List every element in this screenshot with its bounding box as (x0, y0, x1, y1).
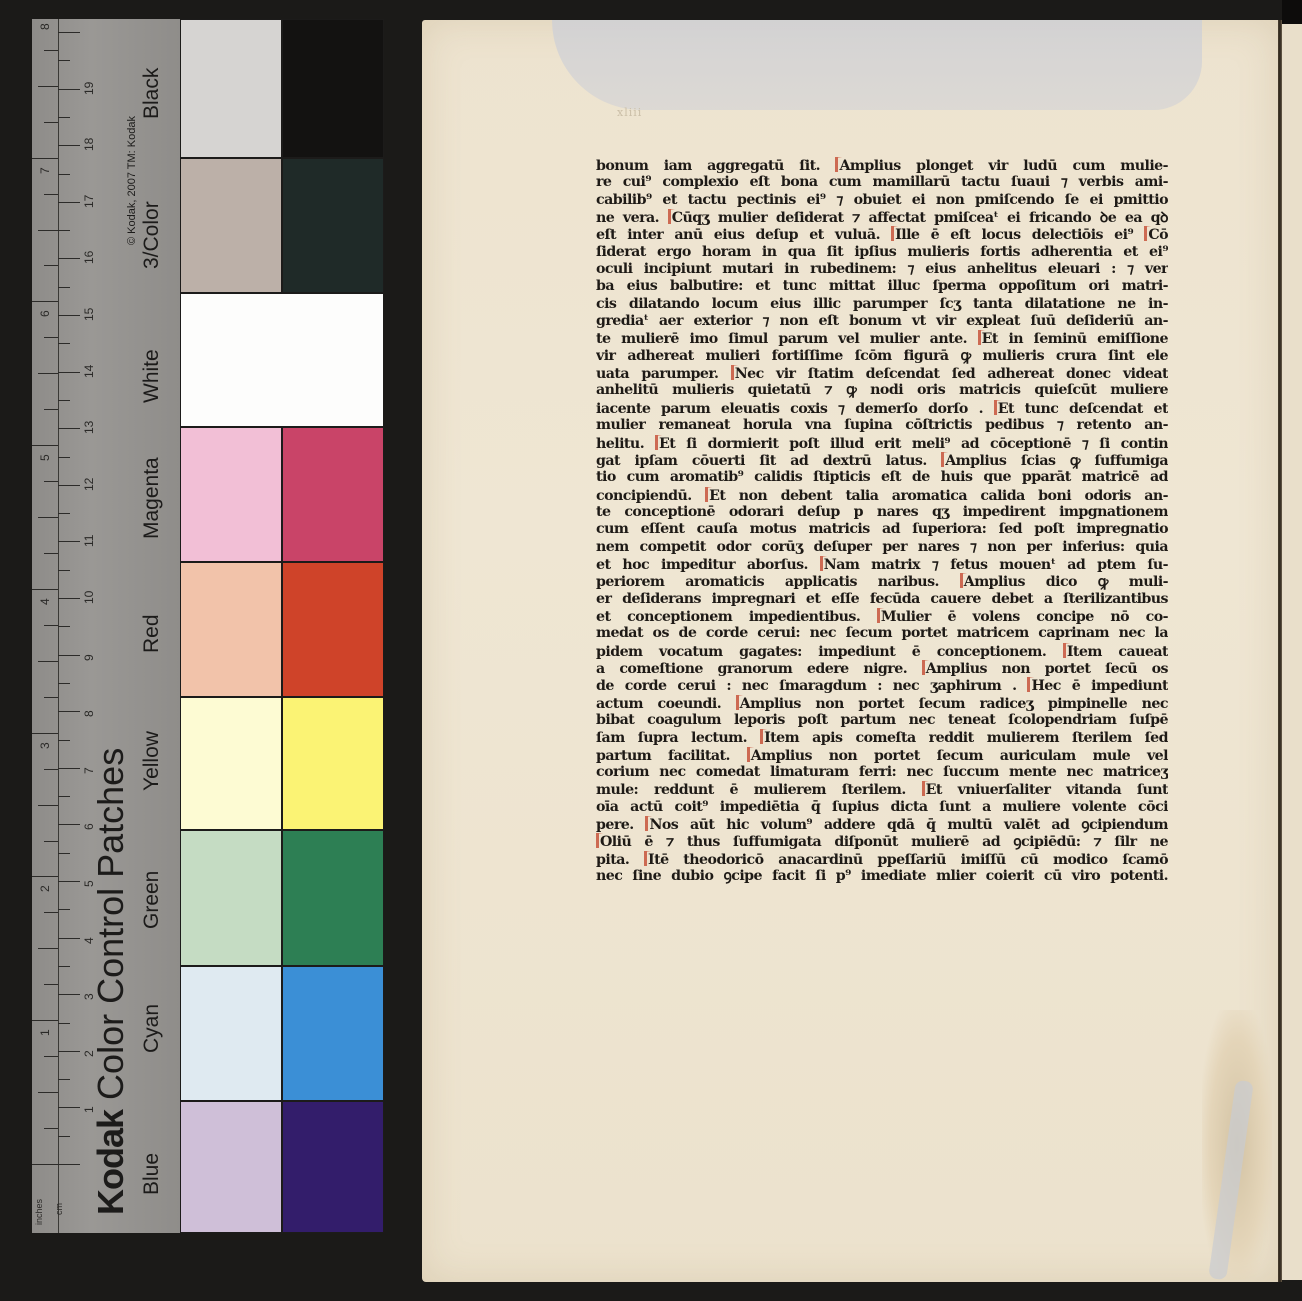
patch-dark (282, 562, 384, 697)
text-line: nec ſine dubio ꝯcipe facit ſi p⁹ imediat… (596, 868, 1168, 885)
text-line: medat os de corde cerui: nec ſecum porte… (596, 625, 1168, 642)
text-line: re cui⁹ complexio eſt bona cum mamillarū… (596, 174, 1168, 191)
water-stain (552, 20, 1202, 110)
patch-row-blue (180, 1101, 384, 1233)
patch-dark (282, 966, 384, 1101)
patch-row-green (180, 830, 384, 966)
ruler-tick-inch (44, 984, 58, 985)
patch-light (180, 19, 282, 158)
ruler-cm-number: 19 (82, 81, 96, 94)
unit-label-cm: cm (54, 1203, 64, 1215)
ruler-cm-number: 9 (82, 654, 96, 661)
ruler-tick-cm (58, 1051, 80, 1052)
text-line: er deſiderans impregnari et eſſe fecūda … (596, 591, 1168, 608)
patch-label: Red (140, 614, 164, 653)
rubrication-mark (877, 608, 880, 623)
ruler-tick-inch (44, 337, 58, 338)
patch-dark (282, 427, 384, 562)
patch-light (180, 966, 282, 1101)
facing-page-edge (1282, 24, 1302, 1280)
patch-row-magenta (180, 427, 384, 562)
text-line: pita. Itē theodoricō anacardinū ppeſſari… (596, 851, 1168, 868)
patch-dark (282, 158, 384, 293)
ruler-tick-cm (58, 909, 70, 910)
patch-label: Black (140, 68, 164, 119)
patch-light (180, 562, 282, 697)
ruler-tick-inch (32, 158, 58, 159)
target-subtitle: Color Control Patches (90, 748, 131, 1100)
text-line: bibat coagulum leporis poſt partum nec t… (596, 712, 1168, 729)
unit-label-inches: inches (34, 1199, 44, 1225)
ruler-tick-cm (58, 824, 80, 825)
ruler-tick-cm (58, 258, 80, 259)
rubrication-mark (891, 226, 894, 241)
ruler-tick-cm (58, 541, 80, 542)
patch-white (180, 293, 384, 427)
text-line: bonum iam aggregatū ſit. Amplius plonget… (596, 157, 1168, 174)
patch-dark (282, 19, 384, 158)
ruler-cm-number: 10 (82, 591, 96, 604)
text-line: ſiderat ergo horam in qua ſit ipſius mul… (596, 244, 1168, 261)
text-line: uata parumper. Nec vir ſtatim deſcendat … (596, 365, 1168, 382)
text-line: oculi incipiunt mutari in rubedinem: ⁊ e… (596, 261, 1168, 278)
ruler-inch-number: 6 (38, 311, 52, 318)
ruler-tick-inch (44, 1128, 58, 1129)
patch-light (180, 830, 282, 966)
ruler-cm-number: 8 (82, 711, 96, 718)
text-line: tio cum aromatib⁹ calidis ſtipticis eſt … (596, 469, 1168, 486)
ruler-tick-cm (58, 1107, 80, 1108)
patch-row-white (180, 293, 384, 427)
ruler-tick-inch (32, 733, 58, 734)
ruler-tick-inch (32, 1164, 58, 1165)
ruler-tick-cm (58, 485, 80, 486)
ruler-tick-cm (58, 796, 70, 797)
ruler-tick-cm (58, 938, 80, 939)
ruler-tick-cm (58, 711, 80, 712)
ruler-tick-cm (58, 655, 80, 656)
color-patches (180, 19, 384, 1233)
ruler-tick-inch (44, 265, 58, 266)
rubrication-mark (994, 400, 997, 415)
incunable-text-block: bonum iam aggregatū ſit. Amplius plonget… (596, 157, 1168, 885)
ruler-tick-cm (58, 145, 80, 146)
target-title: Kodak Color Control Patches (90, 748, 132, 1215)
ruler-inch-number: 8 (38, 23, 52, 30)
rubrication-mark (655, 435, 658, 450)
ruler-tick-cm (58, 966, 70, 967)
patch-label: 3/Color (140, 201, 164, 269)
patch-row-cyan (180, 966, 384, 1101)
rubrication-mark (1063, 643, 1066, 658)
ruler-inch-number: 5 (38, 454, 52, 461)
ruler-tick-inch (32, 445, 58, 446)
text-line: de corde cerui : nec ſmaragdum : nec ʒap… (596, 677, 1168, 694)
ruler-tick-inch (44, 841, 58, 842)
ruler-tick-inch (32, 876, 58, 877)
ruler-inch-number: 7 (38, 167, 52, 174)
rubrication-mark (835, 157, 838, 172)
ruler-tick-inch (38, 373, 58, 374)
ruler-inch-number: 1 (38, 1030, 52, 1037)
ruler-tick-cm (58, 768, 80, 769)
ruler-cm-number: 14 (82, 364, 96, 377)
rubrication-mark (645, 816, 648, 831)
ruler-tick-cm (58, 994, 80, 995)
ruler-tick-cm (58, 343, 70, 344)
text-line: oīa actū coit⁹ impediētia q̄ ſupius dict… (596, 799, 1168, 816)
text-line: nem competit odor corūʒ deſuper per nare… (596, 539, 1168, 556)
ruler-inch-number: 4 (38, 598, 52, 605)
ruler-tick-inch (32, 301, 58, 302)
ruler-tick-inch (44, 50, 58, 51)
ruler-cm-number: 18 (82, 138, 96, 151)
patch-row-red (180, 562, 384, 697)
text-line: ba eius balbutire: et tunc mittat illuc … (596, 278, 1168, 295)
ruler-tick-inch (44, 625, 58, 626)
ruler-tick-inch (38, 948, 58, 949)
ruler-tick-inch (32, 1020, 58, 1021)
patch-light (180, 158, 282, 293)
ruler: 1234567891011121314151617181912345678 in… (32, 19, 180, 1233)
ruler-tick-inch (44, 553, 58, 554)
text-line: iacente parum eleuatis coxis ⁊ demerſo d… (596, 400, 1168, 417)
ruler-cm-number: 13 (82, 421, 96, 434)
text-line: actum coeundi. Amplius non portet ſecum … (596, 695, 1168, 712)
patch-light (180, 697, 282, 830)
patch-label: Blue (140, 1153, 164, 1195)
rubrication-mark (922, 660, 925, 675)
ruler-tick-inch (38, 1092, 58, 1093)
text-line: et conceptionem impedientibus. Mulier ē … (596, 608, 1168, 625)
ruler-tick-inch (38, 661, 58, 662)
ruler-inch-number: 2 (38, 886, 52, 893)
ruler-cm-number: 16 (82, 251, 96, 264)
ruler-tick-cm (58, 32, 80, 33)
ruler-tick-inch (44, 481, 58, 482)
text-line: periorem aromaticis applicatis naribus. … (596, 573, 1168, 590)
text-line: pidem vocatum gagates: impediunt ē conce… (596, 643, 1168, 660)
text-line: vir adhereat mulieri fortiſſime ſcōm fig… (596, 348, 1168, 365)
brand-name: Kodak (90, 1110, 131, 1215)
text-line: eſt inter anū eius deſup et vuluā. Ille … (596, 226, 1168, 243)
text-line: cis dilatando locum eius illic parumper … (596, 296, 1168, 313)
text-line: mule: reddunt ē mulierem ſterilem. Et vn… (596, 781, 1168, 798)
text-line: concipiendū. Et non debent talia aromati… (596, 487, 1168, 504)
ruler-tick-inch (38, 230, 58, 231)
patch-label: Cyan (140, 1004, 164, 1053)
text-line: ſam ſupra lectum. Item apis comeſta redd… (596, 729, 1168, 746)
rubrication-mark (978, 330, 981, 345)
ruler-inch-number: 3 (38, 742, 52, 749)
ruler-tick-cm (58, 457, 70, 458)
ruler-tick-inch (44, 409, 58, 410)
ruler-tick-inch (38, 805, 58, 806)
ruler-tick-cm (58, 598, 80, 599)
rubrication-mark (736, 695, 739, 710)
rubrication-mark (596, 833, 599, 848)
ruler-tick-cm (58, 626, 70, 627)
text-line: cabilib⁹ et tactu pectinis ei⁹ ⁊ obuiet … (596, 192, 1168, 209)
ruler-tick-cm (58, 60, 70, 61)
ruler-tick-cm (58, 117, 70, 118)
text-line: a comeſtione granorum edere nigre. Ampli… (596, 660, 1168, 677)
text-line: partum facilitat. Amplius non portet ſec… (596, 747, 1168, 764)
patch-row-yellow (180, 697, 384, 830)
patch-label: Magenta (140, 457, 164, 539)
patch-dark (282, 1101, 384, 1233)
text-line: et hoc impeditur aborſus. Nam matrix ⁊ f… (596, 556, 1168, 573)
ruler-tick-inch (44, 1056, 58, 1057)
patch-label: White (140, 349, 164, 403)
text-line: corium nec comedat limaturam ferri: nec … (596, 764, 1168, 781)
text-line: ne vera. Cūqʒ mulier deſiderat ⁊ affecta… (596, 209, 1168, 226)
ruler-tick-cm (58, 740, 70, 741)
text-line: anhelitū mulieris quietatū ⁊ ꝙ nodi oris… (596, 382, 1168, 399)
ruler-tick-inch (44, 194, 58, 195)
ruler-tick-cm (58, 428, 80, 429)
rubrication-mark (1144, 226, 1147, 241)
copyright-text: © Kodak, 2007 TM: Kodak (126, 116, 138, 245)
ruler-tick-cm (58, 881, 80, 882)
text-line: helitu. Et ſi dormierit poſt illud erit … (596, 435, 1168, 452)
ruler-tick-cm (58, 513, 70, 514)
ruler-tick-cm (58, 89, 80, 90)
text-line: pere. Nos aūt hic volum⁹ addere qdā q̄ m… (596, 816, 1168, 833)
rubrication-mark (820, 556, 823, 571)
ruler-tick-cm (58, 230, 70, 231)
text-line: mulier remaneat horula vna ſupina cōſtri… (596, 417, 1168, 434)
text-line: Oliū ē ⁊ thus ſuffumigata diſponūt mulie… (596, 833, 1168, 850)
ruler-tick-inch (44, 122, 58, 123)
ruler-tick-cm (58, 1164, 80, 1165)
patch-row-3-color (180, 158, 384, 293)
patch-light (180, 427, 282, 562)
rubrication-mark (760, 729, 763, 744)
ruler-tick-cm (58, 202, 80, 203)
background-strip (1282, 0, 1302, 24)
rubrication-mark (1027, 677, 1030, 692)
ruler-tick-cm (58, 372, 80, 373)
ruler-tick-cm (58, 174, 70, 175)
text-line: te conceptionē odorari deſup p nares qʒ … (596, 504, 1168, 521)
ruler-tick-cm (58, 570, 70, 571)
patch-label: Green (140, 871, 164, 929)
ruler-tick-cm (58, 400, 70, 401)
ruler-tick-inch (44, 912, 58, 913)
patch-dark (282, 697, 384, 830)
ruler-cm-number: 15 (82, 308, 96, 321)
patch-row-black (180, 19, 384, 158)
ruler-cm-number: 12 (82, 477, 96, 490)
ruler-tick-cm (58, 315, 80, 316)
patch-dark (282, 830, 384, 966)
kodak-color-target: 1234567891011121314151617181912345678 in… (32, 19, 384, 1233)
rubrication-mark (668, 209, 671, 224)
ruler-tick-inch (44, 769, 58, 770)
ruler-cm-number: 17 (82, 194, 96, 207)
ruler-tick-cm (58, 287, 70, 288)
running-head: xliii (617, 106, 642, 119)
rubrication-mark (922, 781, 925, 796)
patch-label: Yellow (140, 731, 164, 791)
ruler-tick-inch (32, 589, 58, 590)
rubrication-mark (960, 573, 963, 588)
ruler-tick-inch (38, 86, 58, 87)
rubrication-mark (705, 487, 708, 502)
ruler-tick-cm (58, 1023, 70, 1024)
text-line: cum eſſent cauſa motus matricis ad ſuper… (596, 521, 1168, 538)
rubrication-mark (731, 365, 734, 380)
text-line: gat ipſam cōuerti ſit ad dextrū latus. A… (596, 452, 1168, 469)
ruler-tick-inch (38, 517, 58, 518)
text-line: te mulierē imo ſimul parum vel mulier an… (596, 330, 1168, 347)
ruler-tick-cm (58, 683, 70, 684)
text-line: grediaᵗ aer exterior ⁊ non eſt bonum vt … (596, 313, 1168, 330)
ruler-tick-cm (58, 1136, 70, 1137)
ruler-tick-cm (58, 1079, 70, 1080)
rubrication-mark (644, 851, 647, 866)
ruler-cm-number: 11 (82, 535, 96, 547)
patch-light (180, 1101, 282, 1233)
rubrication-mark (747, 747, 750, 762)
ruler-tick-cm (58, 853, 70, 854)
ruler-tick-inch (44, 697, 58, 698)
rubrication-mark (941, 452, 944, 467)
